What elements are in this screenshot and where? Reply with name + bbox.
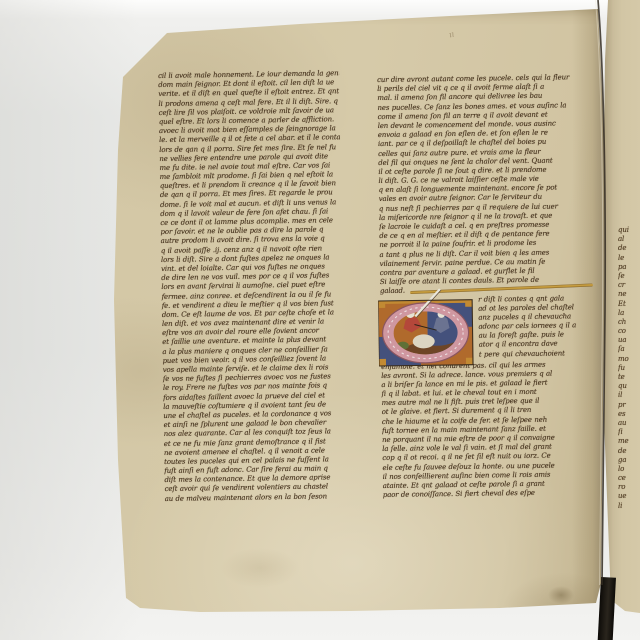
text-fragment-line: li: [618, 502, 639, 511]
initial-gold-corner: [466, 357, 473, 364]
text-fragment-line: ue: [618, 492, 639, 501]
parchment-stain: [548, 586, 574, 604]
text-fragment-line: al: [618, 235, 639, 244]
initial-gold-corner: [465, 299, 472, 306]
initial-gold-corner: [378, 300, 385, 307]
text-fragment-line: ſa: [618, 345, 639, 354]
text-fragment-line: pr: [618, 401, 639, 410]
text-fragment-line: fu: [618, 364, 639, 373]
text-fragment-line: mo: [618, 355, 639, 364]
text-fragment-line: cr: [618, 281, 639, 290]
text-beside-initial: r diſt li contes q qnt galaad ot les par…: [478, 293, 596, 359]
next-folio-text-fragments: quialdelepaſecrneEtlachcouaſamofutequilp…: [618, 226, 639, 511]
text-fragment-line: la: [618, 309, 639, 318]
text-fragment-line: lo: [618, 465, 639, 474]
parchment-stain: [220, 548, 300, 588]
text-fragment-line: qu: [618, 382, 639, 391]
text-fragment-line: te: [618, 373, 639, 382]
historiated-initial-O: [378, 286, 476, 367]
text-column-right: cur dire avront autant come les pucele. …: [377, 73, 598, 500]
text-fragment-line: de: [618, 244, 639, 253]
text-fragment-line: qui: [618, 226, 639, 235]
text-fragment-line: le: [618, 254, 639, 263]
text-fragment-line: ua: [618, 336, 639, 345]
text-column-left: cil li avoit male honnement. Le iour dem…: [158, 69, 346, 504]
initial-gold-corner: [379, 358, 386, 365]
manuscript-photo: quialdelepaſecrneEtlachcouaſamofutequilp…: [0, 0, 640, 640]
text-fragment-line: ne: [618, 290, 639, 299]
text-fragment-line: Et: [618, 300, 639, 309]
right-column-upper-block: cur dire avront autant come les pucele. …: [377, 73, 595, 287]
historiated-initial-row: r diſt li contes q qnt galaad ot les par…: [380, 293, 596, 362]
text-fragment-line: ce: [618, 474, 639, 483]
right-column-lower-block: enſamble. et nel conurent pas. cil qui l…: [381, 359, 598, 500]
text-fragment-line: es: [618, 410, 639, 419]
text-fragment-line: ch: [618, 318, 639, 327]
text-fragment-line: au: [618, 419, 639, 428]
text-fragment-line: ga: [618, 456, 639, 465]
manuscript-text-line: t pere qui chevauchoient: [479, 349, 596, 360]
text-fragment-line: me: [618, 437, 639, 446]
text-fragment-line: ſi: [618, 428, 639, 437]
text-fragment-line: pa: [618, 263, 639, 272]
text-fragment-line: co: [618, 327, 639, 336]
text-fragment-line: ſe: [618, 272, 639, 281]
text-fragment-line: de: [618, 447, 639, 456]
text-fragment-line: ro: [618, 483, 639, 492]
text-fragment-line: il: [618, 391, 639, 400]
